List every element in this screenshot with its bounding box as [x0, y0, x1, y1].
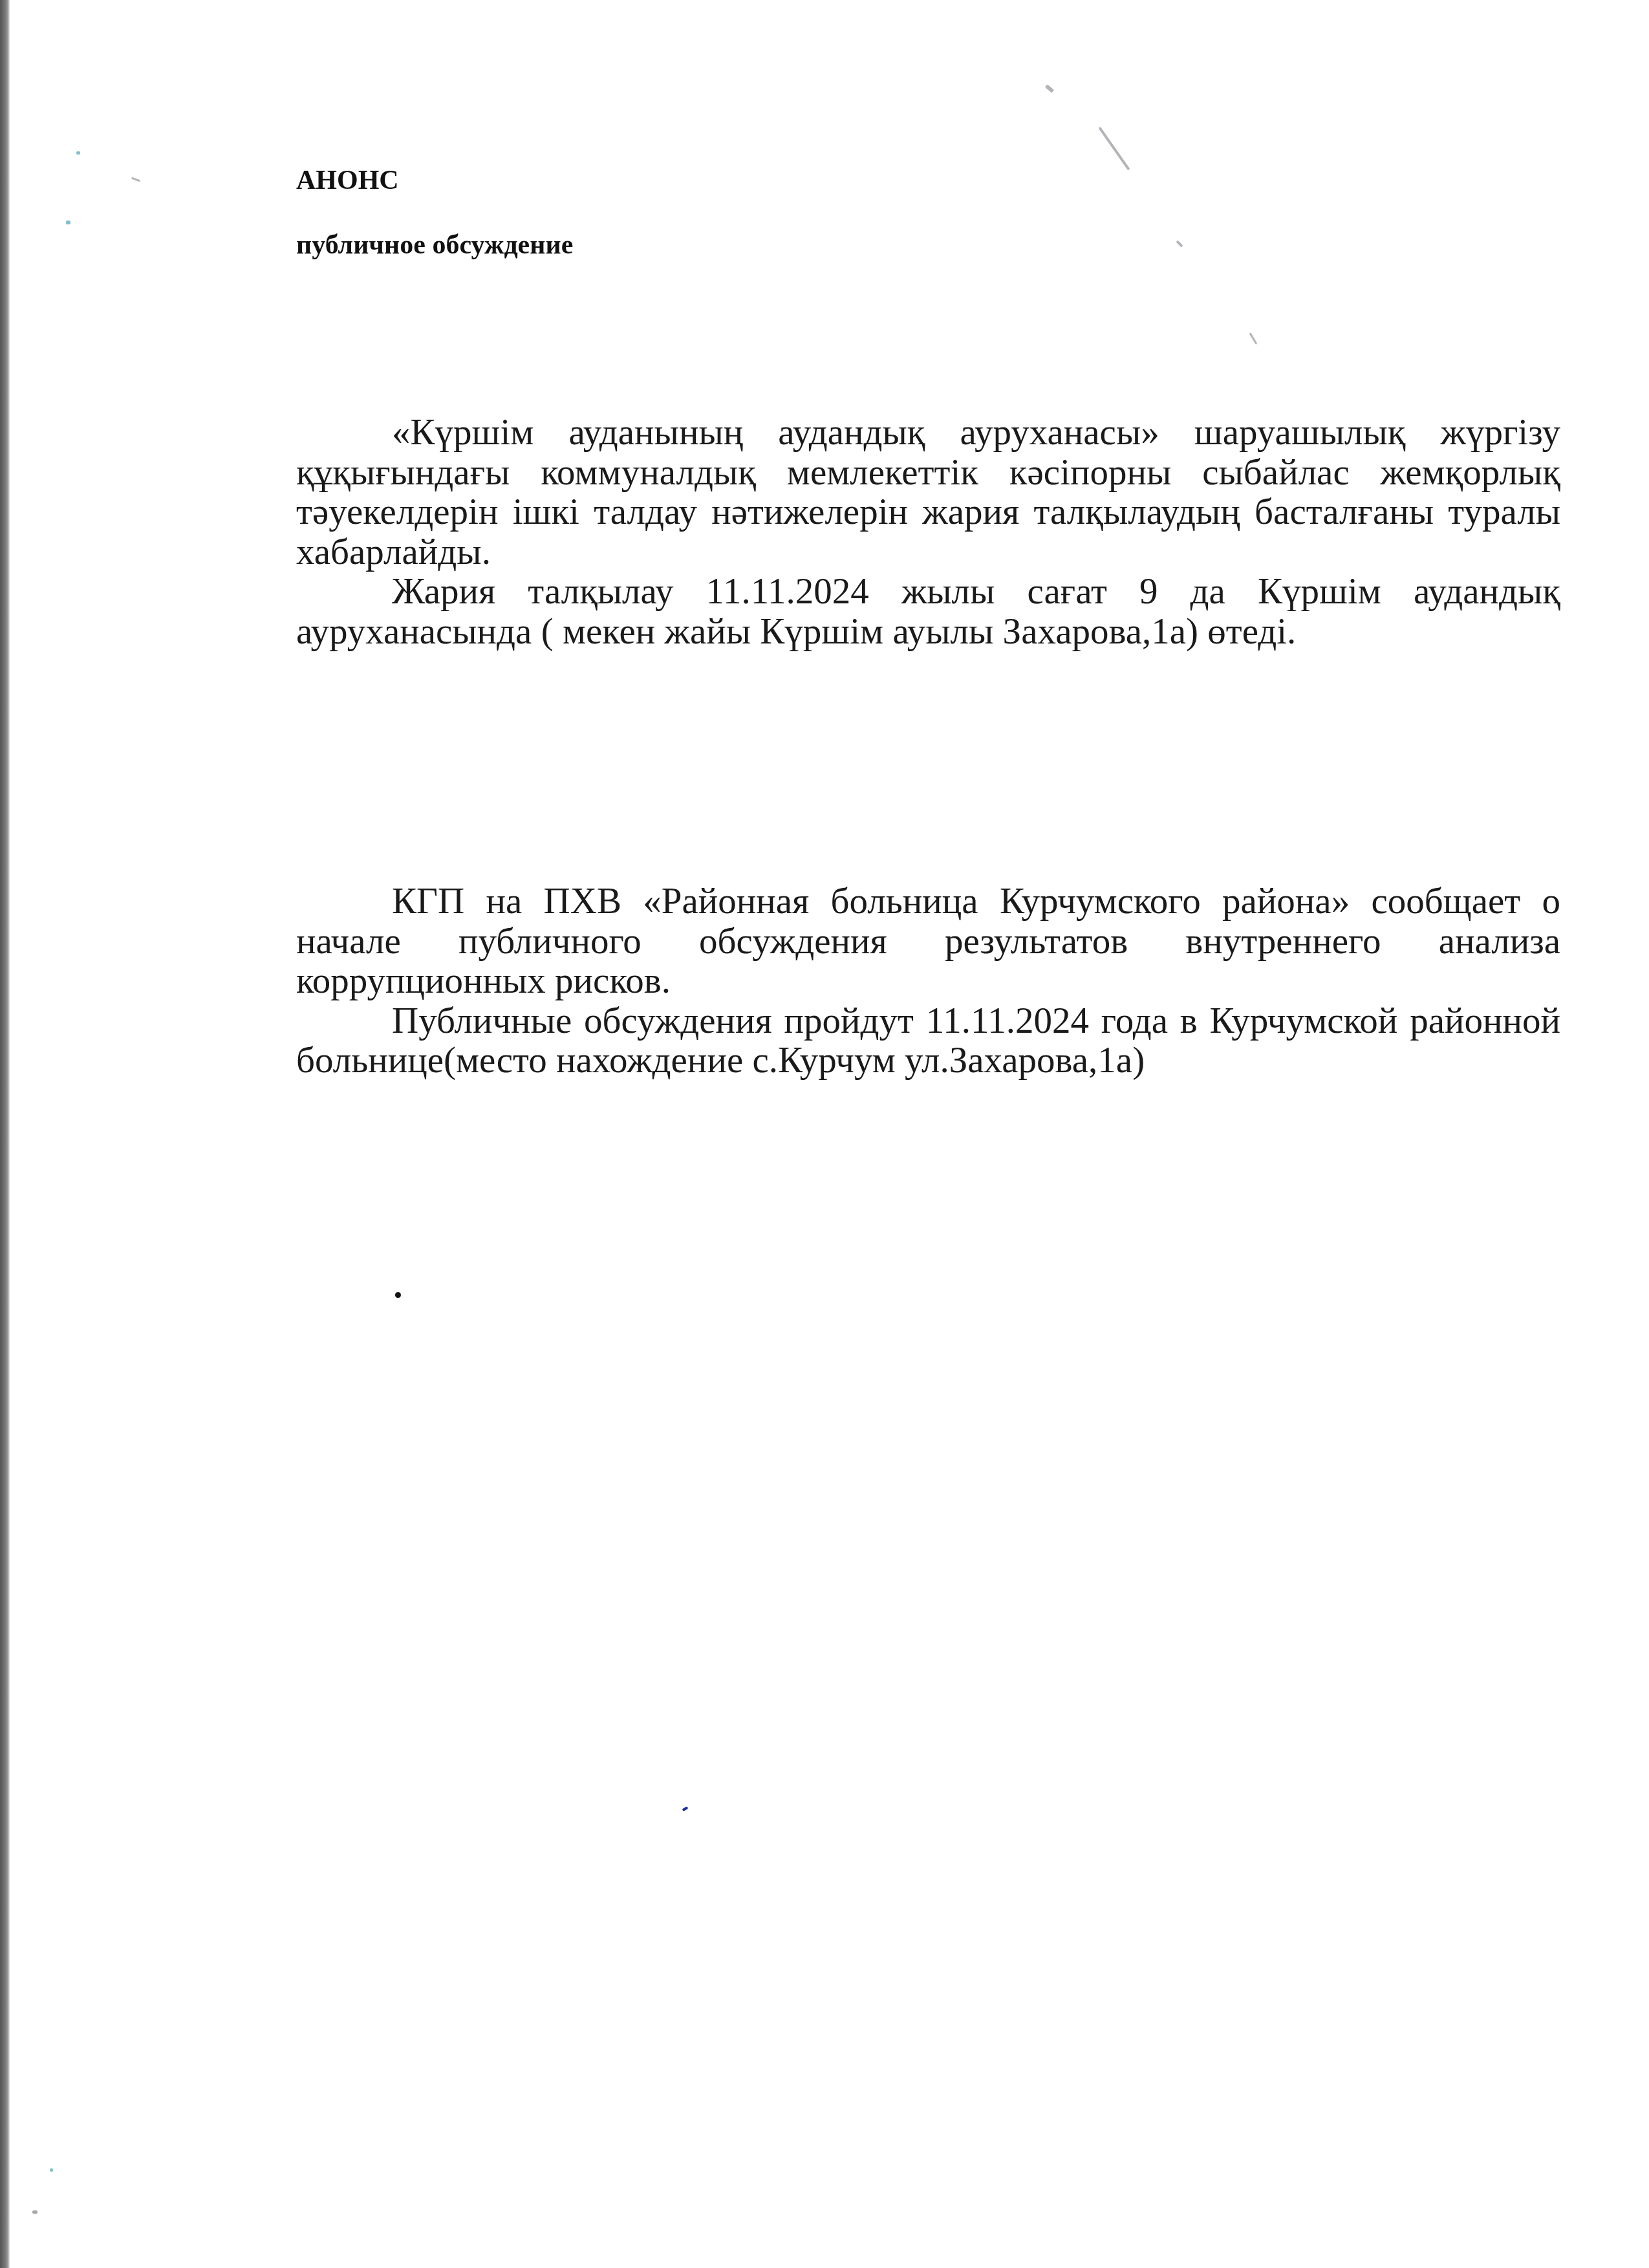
scan-artifact-mark: [66, 221, 70, 224]
scan-artifact-mark: [1249, 332, 1258, 345]
kazakh-paragraph-intro: «Күршім ауданының аудандық ауруханасы» ш…: [296, 413, 1560, 572]
scan-artifact-mark: [1098, 127, 1130, 171]
russian-paragraph-intro: КГП на ПХВ «Районная больница Курчумског…: [296, 881, 1560, 1001]
document-subtitle: публичное обсуждение: [296, 232, 573, 259]
kazakh-paragraph-date-location: Жария талқылау 11.11.2024 жылы сағат 9 д…: [296, 572, 1560, 651]
kazakh-announcement: «Күршім ауданының аудандық ауруханасы» ш…: [296, 413, 1560, 651]
scanned-document-page: АНОНС публичное обсуждение «Күршім аудан…: [0, 0, 1649, 2268]
scan-artifact-mark: [50, 2168, 53, 2172]
scan-artifact-mark: [1045, 84, 1055, 93]
russian-paragraph-date-location: Публичные обсуждения пройдут 11.11.2024 …: [296, 1001, 1560, 1081]
document-title: АНОНС: [296, 167, 399, 194]
scan-artifact-mark: [32, 2210, 38, 2214]
scan-artifact-mark: [76, 151, 80, 155]
russian-announcement: КГП на ПХВ «Районная больница Курчумског…: [296, 881, 1560, 1081]
stray-period-mark: [395, 1292, 401, 1298]
ink-speck-mark: [682, 1806, 689, 1811]
scan-artifact-mark: [131, 177, 140, 182]
scan-artifact-mark: [1176, 240, 1183, 247]
